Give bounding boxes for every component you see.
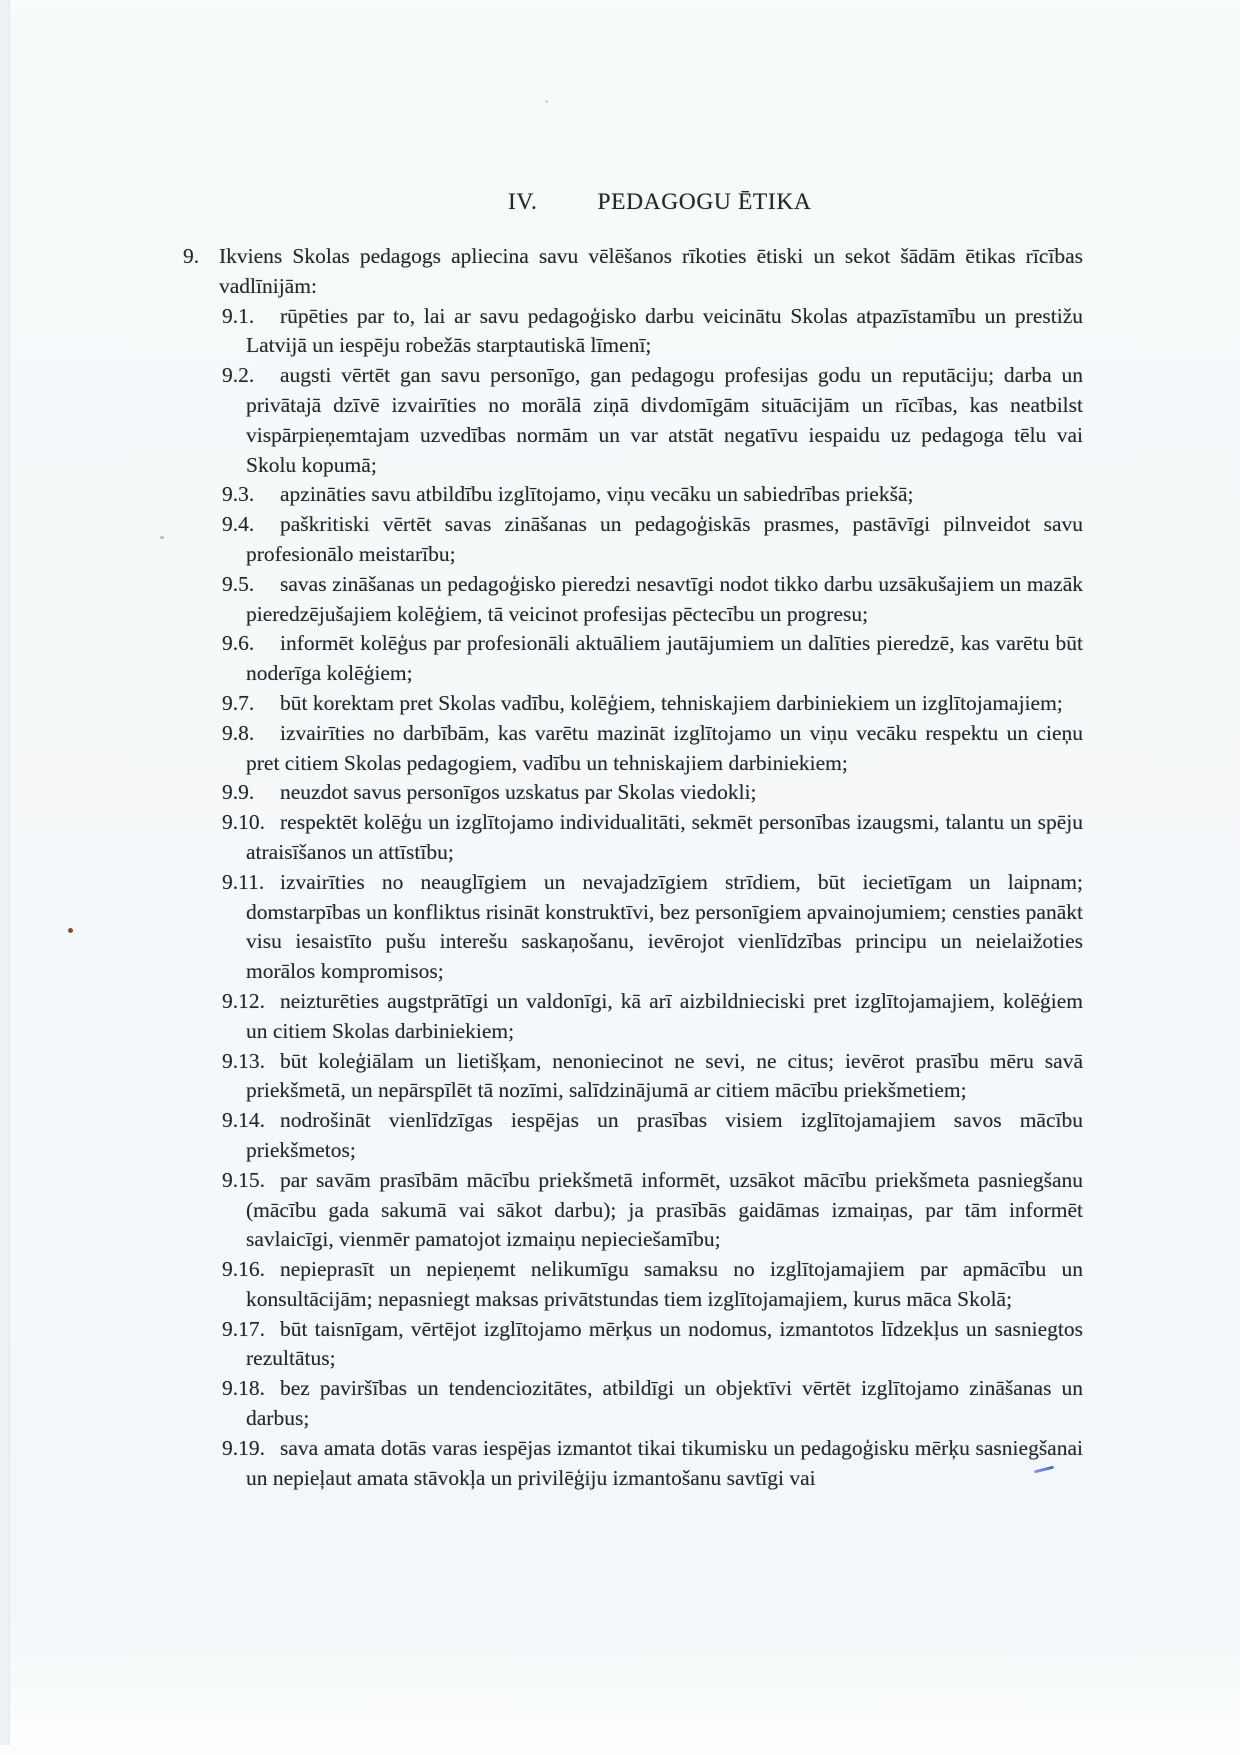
list-item: 9.9. neuzdot savus personīgos uzskatus p… (0, 778, 1240, 808)
item-number: 9.8. (222, 719, 254, 749)
item-text: respektēt kolēģu un izglītojamo individu… (246, 808, 1083, 868)
item-text: bez paviršības un tendenciozitātes, atbi… (246, 1374, 1083, 1434)
list-item: 9.17. būt taisnīgam, vērtējot izglītojam… (0, 1315, 1240, 1375)
list-item: 9.7. būt korektam pret Skolas vadību, ko… (0, 689, 1240, 719)
item-number: 9.6. (222, 629, 254, 659)
item-text: augsti vērtēt gan savu personīgo, gan pe… (246, 361, 1083, 480)
list-item: 9.1. rūpēties par to, lai ar savu pedago… (0, 302, 1240, 362)
section-heading: IV. PEDAGOGU ĒTIKA (508, 189, 811, 216)
item-number: 9.4. (222, 510, 254, 540)
list-item: 9.18. bez paviršības un tendenciozitātes… (0, 1374, 1240, 1434)
item-text: apzināties savu atbildību izglītojamo, v… (246, 480, 1083, 510)
item-text: nodrošināt vienlīdzīgas iespējas un pras… (246, 1106, 1083, 1166)
item-text: izvairīties no darbībām, kas varētu mazi… (246, 719, 1083, 779)
scan-speck (160, 536, 164, 539)
list-item: 9.2. augsti vērtēt gan savu personīgo, g… (0, 361, 1240, 480)
item-number: 9.19. (222, 1434, 265, 1464)
list-item: 9.10. respektēt kolēģu un izglītojamo in… (0, 808, 1240, 868)
list-item: 9.13. būt koleģiālam un lietišķam, nenon… (0, 1047, 1240, 1107)
ethics-guidelines-list: 9.1. rūpēties par to, lai ar savu pedago… (0, 302, 1240, 1494)
item-number: 9.1. (222, 302, 254, 332)
list-item: 9.4. paškritiski vērtēt savas zināšanas … (0, 510, 1240, 570)
list-item: 9.16. nepieprasīt un nepieņemt nelikumīg… (0, 1255, 1240, 1315)
item-text: Ikviens Skolas pedagogs apliecina savu v… (219, 242, 1083, 302)
list-item: 9.11. izvairīties no neauglīgiem un neva… (0, 868, 1240, 987)
item-number: 9.18. (222, 1374, 265, 1404)
scan-speck (545, 100, 548, 103)
list-item: 9.19. sava amata dotās varas iespējas iz… (0, 1434, 1240, 1494)
item-number: 9.14. (222, 1106, 265, 1136)
item-text: neizturēties augstprātīgi un valdonīgi, … (246, 987, 1083, 1047)
item-number: 9.12. (222, 987, 265, 1017)
item-number: 9.7. (222, 689, 254, 719)
item-text: būt korektam pret Skolas vadību, kolēģie… (246, 689, 1083, 719)
list-item-intro: 9. Ikviens Skolas pedagogs apliecina sav… (0, 242, 1240, 302)
item-text: par savām prasībām mācību priekšmetā inf… (246, 1166, 1083, 1255)
item-text: savas zināšanas un pedagoģisko pieredzi … (246, 570, 1083, 630)
item-number: 9.15. (222, 1166, 265, 1196)
item-text: rūpēties par to, lai ar savu pedagoģisko… (246, 302, 1083, 362)
item-text: sava amata dotās varas iespējas izmantot… (246, 1434, 1083, 1494)
item-number: 9.5. (222, 570, 254, 600)
item-number: 9.17. (222, 1315, 265, 1345)
item-number: 9.16. (222, 1255, 265, 1285)
item-text: nepieprasīt un nepieņemt nelikumīgu sama… (246, 1255, 1083, 1315)
item-text: neuzdot savus personīgos uzskatus par Sk… (246, 778, 1083, 808)
scan-edge-bottom (0, 1745, 1240, 1755)
item-number: 9.13. (222, 1047, 265, 1077)
list-item: 9.12. neizturēties augstprātīgi un valdo… (0, 987, 1240, 1047)
list-item: 9.5. savas zināšanas un pedagoģisko pier… (0, 570, 1240, 630)
item-number: 9.11. (222, 868, 264, 898)
scan-speck (68, 928, 73, 933)
item-number: 9.3. (222, 480, 254, 510)
item-number: 9.9. (222, 778, 254, 808)
item-number: 9.10. (222, 808, 265, 838)
list-item: 9.6. informēt kolēģus par profesionāli a… (0, 629, 1240, 689)
section-number: IV. (508, 189, 537, 216)
list-item: 9.15. par savām prasībām mācību priekšme… (0, 1166, 1240, 1255)
page-title: PEDAGOGU ĒTIKA (597, 189, 811, 216)
document-body: 9. Ikviens Skolas pedagogs apliecina sav… (0, 242, 1240, 1493)
item-text: būt taisnīgam, vērtējot izglītojamo mērķ… (246, 1315, 1083, 1375)
item-number: 9.2. (222, 361, 254, 391)
item-number: 9. (183, 242, 199, 272)
item-text: izvairīties no neauglīgiem un nevajadzīg… (246, 868, 1083, 987)
list-item: 9.14. nodrošināt vienlīdzīgas iespējas u… (0, 1106, 1240, 1166)
item-text: informēt kolēģus par profesionāli aktuāl… (246, 629, 1083, 689)
list-item: 9.8. izvairīties no darbībām, kas varētu… (0, 719, 1240, 779)
list-item: 9.3. apzināties savu atbildību izglītoja… (0, 480, 1240, 510)
scanned-document-page: IV. PEDAGOGU ĒTIKA 9. Ikviens Skolas ped… (0, 0, 1240, 1755)
item-text: paškritiski vērtēt savas zināšanas un pe… (246, 510, 1083, 570)
item-text: būt koleģiālam un lietišķam, nenoniecino… (246, 1047, 1083, 1107)
